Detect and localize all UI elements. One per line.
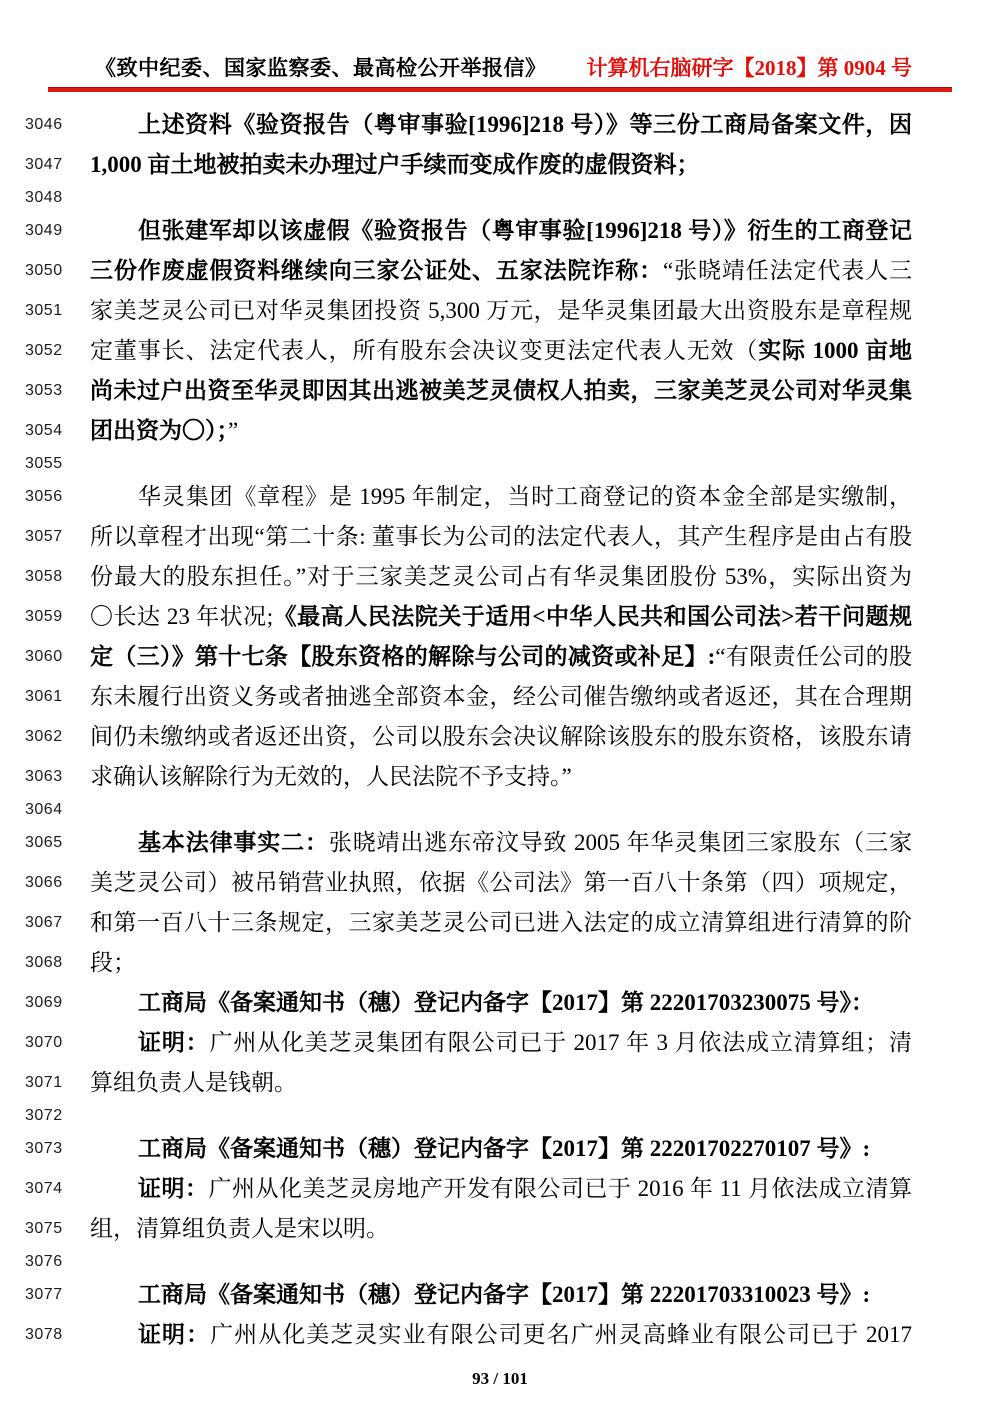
text-segment: 求确认该解除行为无效的，人民法院不予支持。” — [90, 764, 572, 789]
text-segment: 组，清算组负责人是宋以明。 — [90, 1216, 389, 1241]
document-line: 3052定董事长、法定代表人，所有股东会决议变更法定代表人无效（实际 1000 … — [25, 331, 915, 371]
line-text: 组，清算组负责人是宋以明。 — [90, 1215, 912, 1243]
text-segment: 基本法律事实二： — [138, 830, 329, 855]
line-number: 3072 — [25, 1107, 90, 1125]
text-segment: 和第一百八十三条规定，三家美芝灵公司已进入法定的成立清算组进行清算的阶 — [90, 910, 912, 935]
document-line: 3076 — [25, 1249, 915, 1275]
line-number: 3052 — [25, 342, 90, 360]
text-segment: 广州从化美芝灵实业有限公司更名广州灵高蜂业有限公司已于 2017 — [210, 1322, 912, 1347]
line-text: 工商局《备案通知书（穗）登记内备字【2017】第 22201703310023 … — [90, 1281, 912, 1309]
line-text: 美芝灵公司）被吊销营业执照，依据《公司法》第一百八十条第（四）项规定， — [90, 869, 912, 897]
document-line: 3061东未履行出资义务或者抽逃全部资本金，经公司催告缴纳或者返还，其在合理期 — [25, 677, 915, 717]
document-line: 3063求确认该解除行为无效的，人民法院不予支持。” — [25, 757, 915, 797]
text-segment: 华灵集团《章程》是 1995 年制定，当时工商登记的资本金全部是实缴制， — [138, 484, 912, 509]
line-text: 段； — [90, 949, 912, 977]
text-segment: 份最大的股东担任。”对于三家美芝灵公司占有华灵集团股份 53%，实际出资为 — [90, 564, 912, 589]
line-text: 算组负责人是钱朝。 — [90, 1069, 912, 1097]
document-line: 3057所以章程才出现“第二十条: 董事长为公司的法定代表人，其产生程序是由占有… — [25, 517, 915, 557]
line-text: 证明：广州从化美芝灵实业有限公司更名广州灵高蜂业有限公司已于 2017 — [90, 1321, 912, 1349]
document-line: 3069工商局《备案通知书（穗）登记内备字【2017】第 22201703230… — [25, 983, 915, 1023]
document-line: 3072 — [25, 1103, 915, 1129]
line-number: 3050 — [25, 262, 90, 280]
document-line: 3077工商局《备案通知书（穗）登记内备字【2017】第 22201703310… — [25, 1275, 915, 1315]
text-segment: 工商局《备案通知书（穗）登记内备字【2017】第 22201702270107 … — [138, 1136, 870, 1161]
line-number: 3065 — [25, 834, 90, 852]
line-number: 3077 — [25, 1286, 90, 1304]
text-segment: 定董事长、法定代表人，所有股东会决议变更法定代表人无效（ — [90, 338, 758, 363]
document-line: 3073工商局《备案通知书（穗）登记内备字【2017】第 22201702270… — [25, 1129, 915, 1169]
line-number: 3076 — [25, 1253, 90, 1271]
document-line: 3050三份作废虚假资料继续向三家公证处、五家法院诈称：“张晓靖任法定代表人三 — [25, 251, 915, 291]
text-segment: 算组负责人是钱朝。 — [90, 1070, 297, 1095]
line-text: 定（三）》第十七条【股东资格的解除与公司的减资或补足】:“有限责任公司的股 — [90, 643, 912, 671]
line-number: 3067 — [25, 914, 90, 932]
document-line: 3062间仍未缴纳或者返还出资，公司以股东会决议解除该股东的股东资格，该股东请 — [25, 717, 915, 757]
text-segment: 证明： — [138, 1176, 209, 1201]
line-text: 证明：广州从化美芝灵房地产开发有限公司已于 2016 年 11 月依法成立清算 — [90, 1175, 912, 1203]
line-text: 尚未过户出资至华灵即因其出逃被美芝灵债权人拍卖，三家美芝灵公司对华灵集 — [90, 377, 912, 405]
text-segment: 1,000 亩土地被拍卖未办理过户手续而变成作废的虚假资料； — [90, 152, 700, 177]
line-number: 3046 — [25, 116, 90, 134]
line-number: 3078 — [25, 1326, 90, 1344]
document-line: 3059〇长达 23 年状况;《最高人民法院关于适用<中华人民共和国公司法>若干… — [25, 597, 915, 637]
document-body: 3046上述资料《验资报告（粤审事验[1996]218 号）》等三份工商局备案文… — [25, 105, 915, 1355]
page-indicator: 93 / 101 — [472, 1369, 528, 1388]
line-text: 工商局《备案通知书（穗）登记内备字【2017】第 22201703230075 … — [90, 989, 912, 1017]
line-number: 3064 — [25, 801, 90, 819]
line-number: 3073 — [25, 1140, 90, 1158]
document-line: 30471,000 亩土地被拍卖未办理过户手续而变成作废的虚假资料； — [25, 145, 915, 185]
document-line: 3066美芝灵公司）被吊销营业执照，依据《公司法》第一百八十条第（四）项规定， — [25, 863, 915, 903]
line-text: 基本法律事实二：张晓靖出逃东帝汶导致 2005 年华灵集团三家股东（三家 — [90, 829, 912, 857]
text-segment: 〇长达 23 年状况; — [90, 604, 273, 629]
line-number: 3047 — [25, 156, 90, 174]
line-number: 3062 — [25, 728, 90, 746]
text-segment: 定（三）》第十七条【股东资格的解除与公司的减资或补足】: — [90, 644, 715, 669]
text-segment: 广州从化美芝灵集团有限公司已于 2017 年 3 月依法成立清算组；清 — [209, 1030, 912, 1055]
line-text: 间仍未缴纳或者返还出资，公司以股东会决议解除该股东的股东资格，该股东请 — [90, 723, 912, 751]
document-page: 《致中纪委、国家监察委、最高检公开举报信》 计算机右脑研字【2018】第 090… — [0, 0, 1000, 1413]
header-rule — [48, 87, 952, 92]
document-line: 3075组，清算组负责人是宋以明。 — [25, 1209, 915, 1249]
line-number: 3059 — [25, 608, 90, 626]
text-segment: 证明： — [138, 1030, 209, 1055]
line-number: 3066 — [25, 874, 90, 892]
document-line: 3046上述资料《验资报告（粤审事验[1996]218 号）》等三份工商局备案文… — [25, 105, 915, 145]
text-segment: 上述资料《验资报告（粤审事验[1996]218 号）》等三份工商局备案文件，因 — [138, 112, 912, 137]
line-number: 3048 — [25, 189, 90, 207]
line-text: 求确认该解除行为无效的，人民法院不予支持。” — [90, 763, 912, 791]
document-line: 3048 — [25, 185, 915, 211]
document-line: 3054团出资为〇）；” — [25, 411, 915, 451]
line-text: 但张建军却以该虚假《验资报告（粤审事验[1996]218 号）》衍生的工商登记 — [90, 217, 912, 245]
document-line: 3068段； — [25, 943, 915, 983]
document-line: 3053尚未过户出资至华灵即因其出逃被美芝灵债权人拍卖，三家美芝灵公司对华灵集 — [25, 371, 915, 411]
line-text: 上述资料《验资报告（粤审事验[1996]218 号）》等三份工商局备案文件，因 — [90, 111, 912, 139]
line-number: 3058 — [25, 568, 90, 586]
line-text: 1,000 亩土地被拍卖未办理过户手续而变成作废的虚假资料； — [90, 151, 912, 179]
line-text: 三份作废虚假资料继续向三家公证处、五家法院诈称：“张晓靖任法定代表人三 — [90, 257, 912, 285]
document-line: 3058份最大的股东担任。”对于三家美芝灵公司占有华灵集团股份 53%，实际出资… — [25, 557, 915, 597]
text-segment: “有限责任公司的股 — [715, 644, 912, 669]
text-segment: 《最高人民法院关于适用<中华人民共和国公司法>若干问题规 — [273, 604, 912, 629]
line-text: 家美芝灵公司已对华灵集团投资 5,300 万元，是华灵集团最大出资股东是章程规 — [90, 297, 912, 325]
document-line: 3071算组负责人是钱朝。 — [25, 1063, 915, 1103]
line-number: 3056 — [25, 488, 90, 506]
line-text: 和第一百八十三条规定，三家美芝灵公司已进入法定的成立清算组进行清算的阶 — [90, 909, 912, 937]
document-line: 3051家美芝灵公司已对华灵集团投资 5,300 万元，是华灵集团最大出资股东是… — [25, 291, 915, 331]
document-line: 3055 — [25, 451, 915, 477]
line-number: 3051 — [25, 302, 90, 320]
document-line: 3065基本法律事实二：张晓靖出逃东帝汶导致 2005 年华灵集团三家股东（三家 — [25, 823, 915, 863]
text-segment: ” — [228, 418, 238, 443]
header-doc-number: 计算机右脑研字【2018】第 0904 号 — [587, 52, 913, 82]
line-number: 3075 — [25, 1220, 90, 1238]
line-text: 定董事长、法定代表人，所有股东会决议变更法定代表人无效（实际 1000 亩地 — [90, 337, 912, 365]
text-segment: 东未履行出资义务或者抽逃全部资本金，经公司催告缴纳或者返还，其在合理期 — [90, 684, 912, 709]
text-segment: 证明： — [138, 1322, 210, 1347]
document-line: 3074证明：广州从化美芝灵房地产开发有限公司已于 2016 年 11 月依法成… — [25, 1169, 915, 1209]
text-segment: 美芝灵公司）被吊销营业执照，依据《公司法》第一百八十条第（四）项规定， — [90, 870, 912, 895]
line-text: 〇长达 23 年状况;《最高人民法院关于适用<中华人民共和国公司法>若干问题规 — [90, 603, 912, 631]
line-number: 3057 — [25, 528, 90, 546]
line-text: 团出资为〇）；” — [90, 417, 912, 445]
text-segment: 广州从化美芝灵房地产开发有限公司已于 2016 年 11 月依法成立清算 — [209, 1176, 913, 1201]
line-text: 证明：广州从化美芝灵集团有限公司已于 2017 年 3 月依法成立清算组；清 — [90, 1029, 912, 1057]
header-row: 《致中纪委、国家监察委、最高检公开举报信》 计算机右脑研字【2018】第 090… — [95, 52, 912, 82]
line-number: 3063 — [25, 768, 90, 786]
text-segment: 工商局《备案通知书（穗）登记内备字【2017】第 22201703310023 … — [138, 1282, 870, 1307]
page-footer: 93 / 101 — [0, 1369, 1000, 1389]
text-segment: 间仍未缴纳或者返还出资，公司以股东会决议解除该股东的股东资格，该股东请 — [90, 724, 912, 749]
line-text: 所以章程才出现“第二十条: 董事长为公司的法定代表人，其产生程序是由占有股 — [90, 523, 912, 551]
document-line: 3056华灵集团《章程》是 1995 年制定，当时工商登记的资本金全部是实缴制， — [25, 477, 915, 517]
line-number: 3055 — [25, 455, 90, 473]
line-text: 工商局《备案通知书（穗）登记内备字【2017】第 22201702270107 … — [90, 1135, 912, 1163]
text-segment: “张晓靖任法定代表人三 — [663, 258, 912, 283]
document-line: 3070证明：广州从化美芝灵集团有限公司已于 2017 年 3 月依法成立清算组… — [25, 1023, 915, 1063]
line-number: 3071 — [25, 1074, 90, 1092]
text-segment: 但张建军却以该虚假《验资报告（粤审事验[1996]218 号）》衍生的工商登记 — [138, 218, 912, 243]
document-line: 3064 — [25, 797, 915, 823]
page-header: 《致中纪委、国家监察委、最高检公开举报信》 计算机右脑研字【2018】第 090… — [0, 0, 1000, 92]
text-segment: 张晓靖出逃东帝汶导致 2005 年华灵集团三家股东（三家 — [329, 830, 912, 855]
line-number: 3070 — [25, 1034, 90, 1052]
line-text: 华灵集团《章程》是 1995 年制定，当时工商登记的资本金全部是实缴制， — [90, 483, 912, 511]
text-segment: 工商局《备案通知书（穗）登记内备字【2017】第 22201703230075 … — [138, 990, 874, 1015]
text-segment: 段； — [90, 950, 136, 975]
line-number: 3068 — [25, 954, 90, 972]
text-segment: 实际 1000 亩地 — [758, 338, 912, 363]
line-number: 3049 — [25, 222, 90, 240]
document-line: 3067和第一百八十三条规定，三家美芝灵公司已进入法定的成立清算组进行清算的阶 — [25, 903, 915, 943]
document-line: 3060定（三）》第十七条【股东资格的解除与公司的减资或补足】:“有限责任公司的… — [25, 637, 915, 677]
line-text: 份最大的股东担任。”对于三家美芝灵公司占有华灵集团股份 53%，实际出资为 — [90, 563, 912, 591]
text-segment: 尚未过户出资至华灵即因其出逃被美芝灵债权人拍卖，三家美芝灵公司对华灵集 — [90, 378, 912, 403]
document-line: 3078证明：广州从化美芝灵实业有限公司更名广州灵高蜂业有限公司已于 2017 — [25, 1315, 915, 1355]
line-number: 3053 — [25, 382, 90, 400]
line-number: 3060 — [25, 648, 90, 666]
line-number: 3069 — [25, 994, 90, 1012]
line-number: 3054 — [25, 422, 90, 440]
text-segment: 所以章程才出现“第二十条: 董事长为公司的法定代表人，其产生程序是由占有股 — [90, 524, 912, 549]
line-text: 东未履行出资义务或者抽逃全部资本金，经公司催告缴纳或者返还，其在合理期 — [90, 683, 912, 711]
header-title: 《致中纪委、国家监察委、最高检公开举报信》 — [95, 52, 547, 82]
text-segment: 家美芝灵公司已对华灵集团投资 5,300 万元，是华灵集团最大出资股东是章程规 — [90, 298, 912, 323]
line-number: 3074 — [25, 1180, 90, 1198]
document-line: 3049但张建军却以该虚假《验资报告（粤审事验[1996]218 号）》衍生的工… — [25, 211, 915, 251]
text-segment: 三份作废虚假资料继续向三家公证处、五家法院诈称： — [90, 258, 663, 283]
line-number: 3061 — [25, 688, 90, 706]
text-segment: 团出资为〇）； — [90, 418, 228, 443]
